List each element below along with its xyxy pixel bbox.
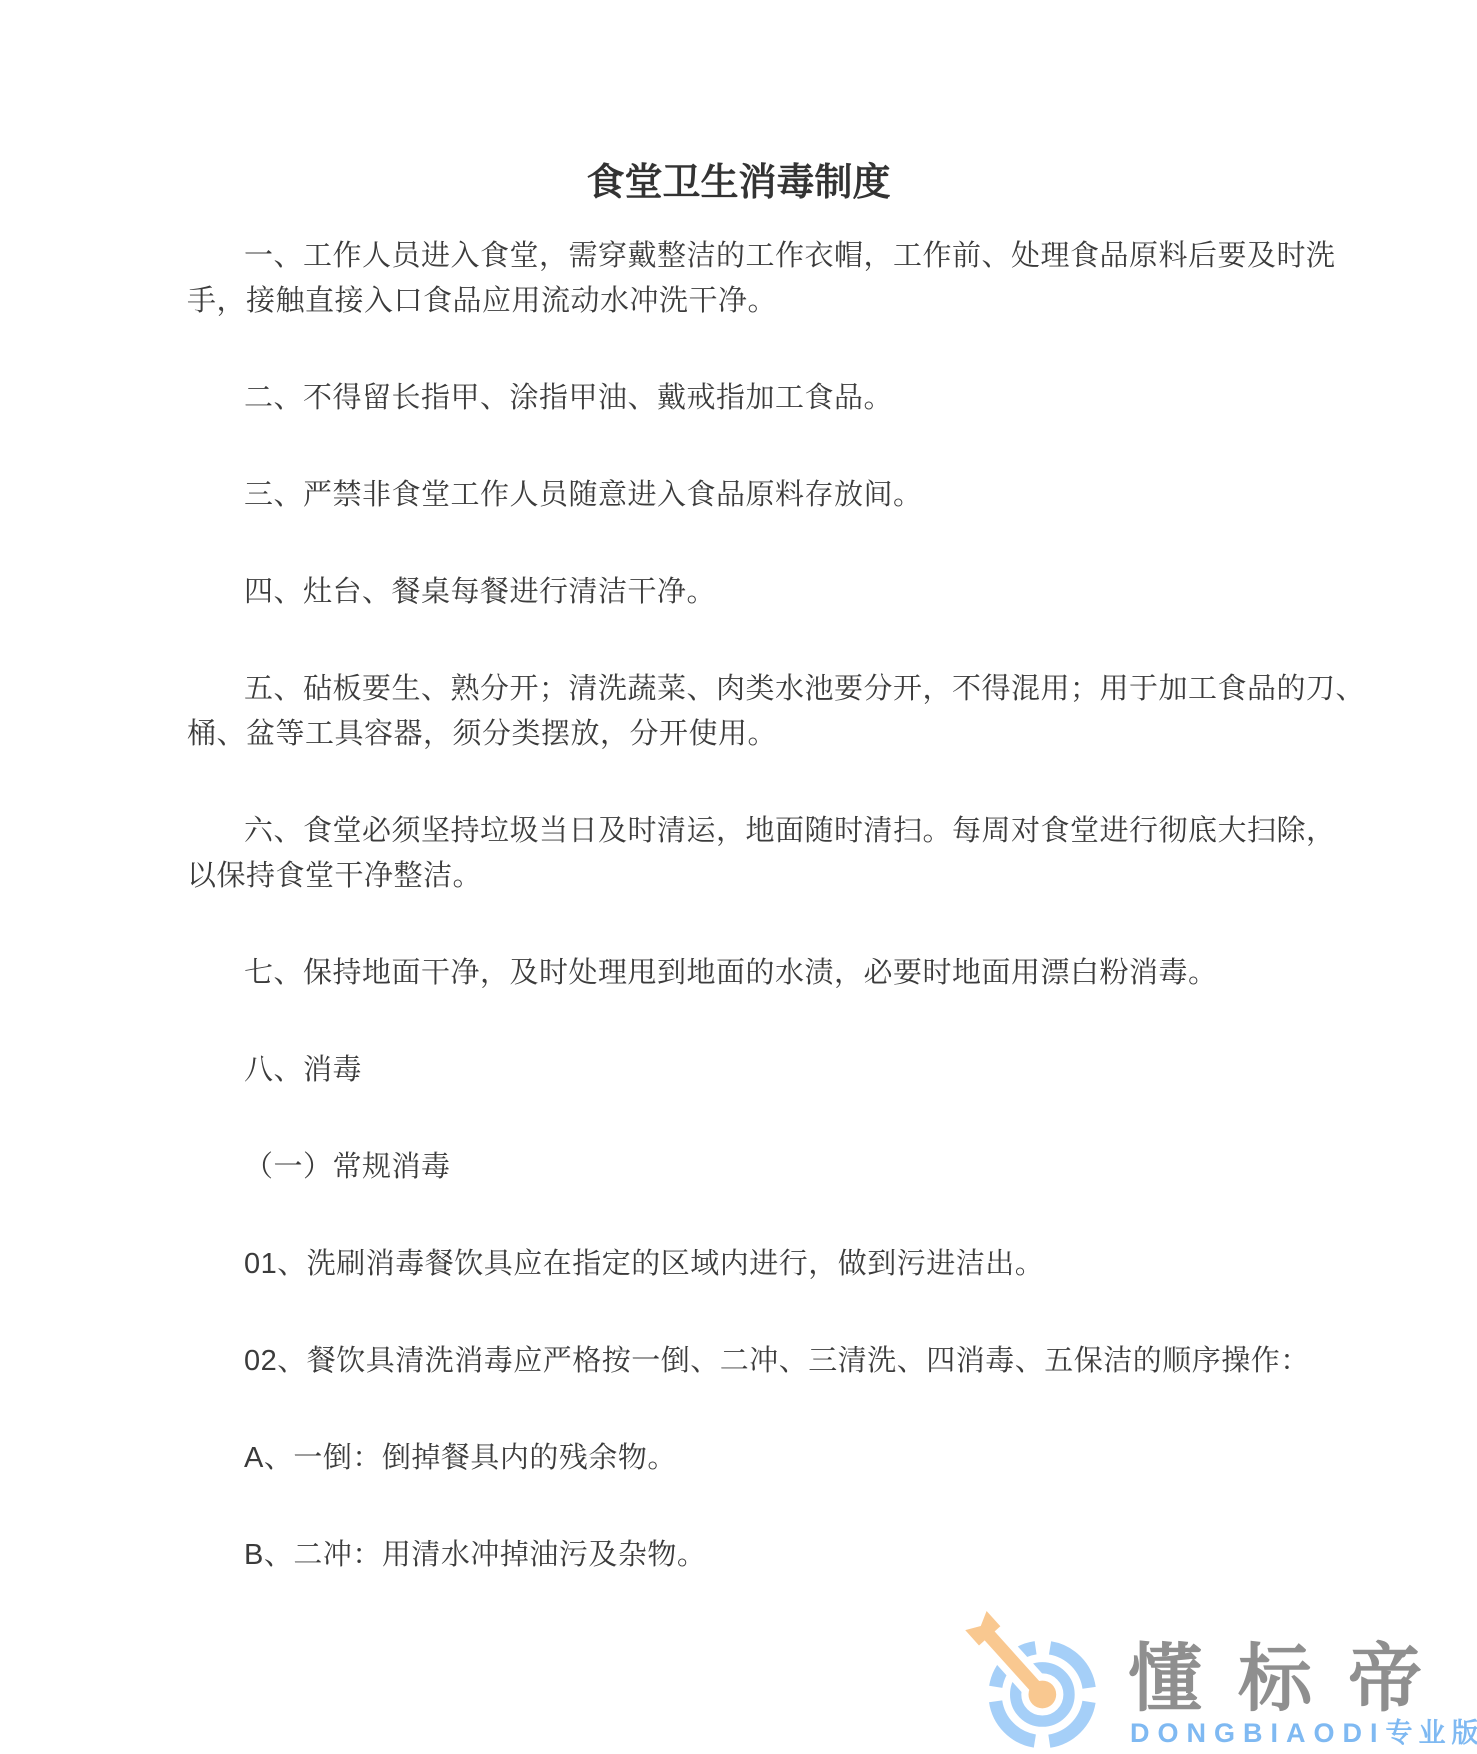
paragraph-line: 二、不得留长指甲、涂指甲油、戴戒指加工食品。: [187, 376, 1327, 421]
paragraph-8: 八、消毒: [187, 1048, 1327, 1093]
paragraph-line: 一、工作人员进入食堂，需穿戴整洁的工作衣帽，工作前、处理食品原料后要及时洗: [187, 234, 1327, 279]
paragraph-1: 一、工作人员进入食堂，需穿戴整洁的工作衣帽，工作前、处理食品原料后要及时洗 手，…: [187, 234, 1327, 324]
paragraph-10: 01、洗刷消毒餐饮具应在指定的区域内进行，做到污进洁出。: [187, 1242, 1327, 1287]
paragraph-5: 五、砧板要生、熟分开；清洗蔬菜、肉类水池要分开，不得混用；用于加工食品的刀、 桶…: [187, 667, 1327, 757]
paragraph-4: 四、灶台、餐桌每餐进行清洁干净。: [187, 570, 1327, 615]
watermark-brand-en-text: DONGBIAODI: [1130, 1718, 1386, 1748]
paragraph-line: 六、食堂必须坚持垃圾当日及时清运，地面随时清扫。每周对食堂进行彻底大扫除，: [187, 809, 1327, 854]
paragraph-13: B、二冲：用清水冲掉油污及杂物。: [187, 1533, 1327, 1578]
paragraph-line: 五、砧板要生、熟分开；清洗蔬菜、肉类水池要分开，不得混用；用于加工食品的刀、: [187, 667, 1327, 712]
paragraph-line: 四、灶台、餐桌每餐进行清洁干净。: [187, 570, 1327, 615]
paragraph-3: 三、严禁非食堂工作人员随意进入食品原料存放间。: [187, 473, 1327, 518]
page-title: 食堂卫生消毒制度: [0, 155, 1477, 211]
watermark-logo-block: 懂标帝 DONGBIAODI专业版: [952, 1600, 1477, 1754]
paragraph-12: A、一倒：倒掉餐具内的残余物。: [187, 1436, 1327, 1481]
paragraph-2: 二、不得留长指甲、涂指甲油、戴戒指加工食品。: [187, 376, 1327, 421]
paragraph-line: A、一倒：倒掉餐具内的残余物。: [187, 1436, 1327, 1481]
document-body: 一、工作人员进入食堂，需穿戴整洁的工作衣帽，工作前、处理食品原料后要及时洗 手，…: [187, 234, 1327, 1630]
watermark-edition-label: 专业版: [1386, 1718, 1477, 1748]
paragraph-line: 以保持食堂干净整洁。: [187, 854, 1327, 899]
paragraph-line: （一）常规消毒: [187, 1145, 1327, 1190]
watermark-brand-cn: 懂标帝: [1128, 1642, 1458, 1716]
paragraph-line: 三、严禁非食堂工作人员随意进入食品原料存放间。: [187, 473, 1327, 518]
paragraph-11: 02、餐饮具清洗消毒应严格按一倒、二冲、三清洗、四消毒、五保洁的顺序操作：: [187, 1339, 1327, 1384]
paragraph-line: 手，接触直接入口食品应用流动水冲洗干净。: [187, 279, 1327, 324]
paragraph-line: B、二冲：用清水冲掉油污及杂物。: [187, 1533, 1327, 1578]
target-dart-icon: [952, 1600, 1106, 1754]
paragraph-line: 02、餐饮具清洗消毒应严格按一倒、二冲、三清洗、四消毒、五保洁的顺序操作：: [187, 1339, 1327, 1384]
paragraph-7: 七、保持地面干净，及时处理甩到地面的水渍，必要时地面用漂白粉消毒。: [187, 951, 1327, 996]
watermark-brand-en: DONGBIAODI专业版: [1130, 1718, 1477, 1748]
paragraph-line: 桶、盆等工具容器，须分类摆放，分开使用。: [187, 712, 1327, 757]
paragraph-line: 七、保持地面干净，及时处理甩到地面的水渍，必要时地面用漂白粉消毒。: [187, 951, 1327, 996]
paragraph-line: 01、洗刷消毒餐饮具应在指定的区域内进行，做到污进洁出。: [187, 1242, 1327, 1287]
document-page: 食堂卫生消毒制度 一、工作人员进入食堂，需穿戴整洁的工作衣帽，工作前、处理食品原…: [0, 0, 1477, 1754]
paragraph-6: 六、食堂必须坚持垃圾当日及时清运，地面随时清扫。每周对食堂进行彻底大扫除， 以保…: [187, 809, 1327, 899]
paragraph-9-subheading: （一）常规消毒: [187, 1145, 1327, 1190]
paragraph-line: 八、消毒: [187, 1048, 1327, 1093]
